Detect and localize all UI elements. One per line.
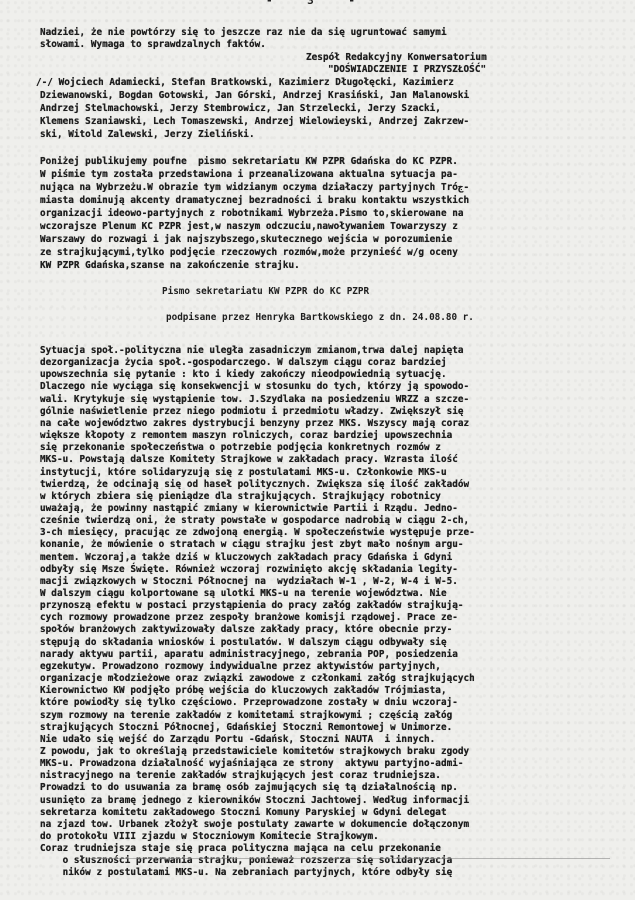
document-page: - 3 - Nadziei, że nie powtórzy się to je… bbox=[0, 0, 635, 900]
scan-artifact-line bbox=[90, 858, 610, 859]
text-line: W piśmie tym została przedstawiona i prz… bbox=[40, 168, 458, 182]
text-line: organizacji ideowo-partyjnych z robotnik… bbox=[40, 207, 464, 221]
text-line: KW PZPR Gdańska,szanse na zakończenie st… bbox=[40, 259, 300, 273]
text-line: ze strajkującymi,tylko podjęcie rzeczowy… bbox=[40, 246, 458, 260]
letter-title: Pismo sekretariatu KW PZPR do KC PZPR bbox=[162, 286, 369, 297]
text-line: ników z postulatami MKS-u. Na zebraniach… bbox=[40, 866, 452, 880]
text-line: słowami. Wymaga to sprawdzalnych faktów. bbox=[40, 38, 266, 52]
text-line: Dziewanowski, Bogdan Gotowski, Jan Górsk… bbox=[40, 89, 469, 103]
text-line: miasta dominują akcenty dramatycznej bez… bbox=[40, 194, 469, 208]
text-line: Poniżej publikujemy poufne pismo sekreta… bbox=[40, 155, 458, 169]
text-line: /-/ Wojciech Adamiecki, Stefan Bratkowsk… bbox=[36, 76, 454, 90]
signature-name: "DOŚWIADCZENIE I PRZYSZŁOŚĆ" bbox=[328, 63, 486, 77]
text-line: nująca na Wybrzeżu.W obrazie tym widzian… bbox=[40, 181, 469, 195]
text-line: ski, Witold Zalewski, Jerzy Zieliński. bbox=[40, 128, 255, 142]
letter-subtitle: podpisane przez Henryka Bartkowskiego z … bbox=[166, 312, 474, 323]
page-number: - 3 - bbox=[0, 0, 635, 7]
text-line: Warszawy do rozwagi i jak najszybszego,s… bbox=[40, 233, 452, 247]
text-line: Andrzej Stelmachowski, Jerzy Stembrowicz… bbox=[40, 102, 441, 116]
text-line: Klemens Szaniawski, Lech Tomaszewski, An… bbox=[40, 115, 469, 129]
text-line: wczorajsze Plenum KC PZPR jest,w naszym … bbox=[40, 220, 458, 234]
